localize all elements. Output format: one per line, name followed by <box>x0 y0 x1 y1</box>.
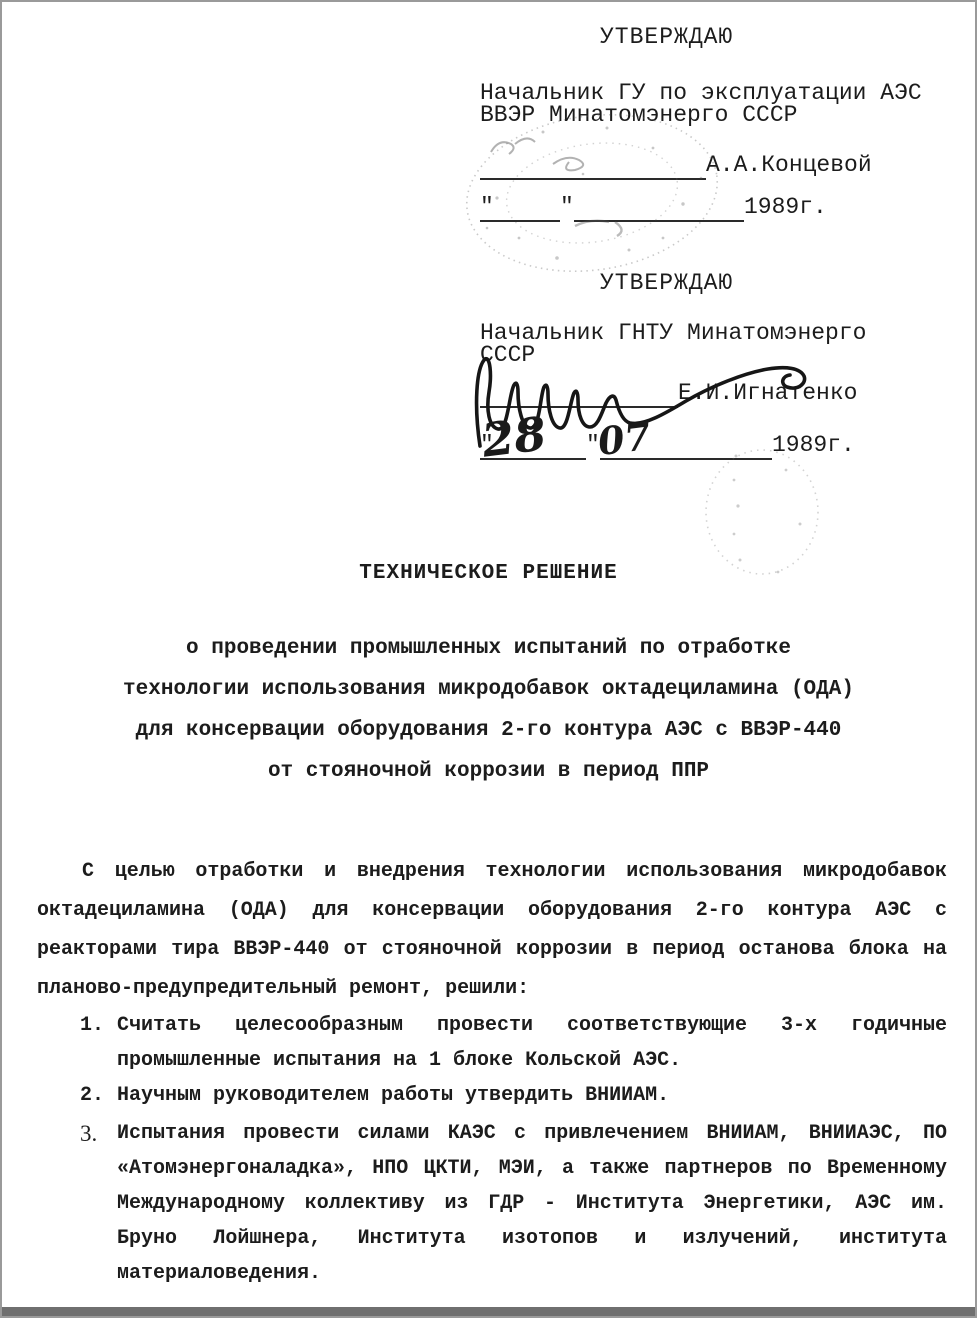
subtitle-line-3: для консервации оборудования 2-го контур… <box>2 710 975 751</box>
approval-1-year: 1989г. <box>744 194 827 222</box>
stamp-remnant-mark <box>690 440 840 590</box>
scanned-document-page: УТВЕРЖДАЮ Начальник ГУ по эксплуатации А… <box>0 0 977 1318</box>
document-subtitle: о проведении промышленных испытаний по о… <box>2 628 975 792</box>
item-number: 3. <box>80 1116 117 1291</box>
body-paragraph: С целью отработки и внедрения технологии… <box>37 852 947 1008</box>
decision-list: 1. Считать целесообразным провести соотв… <box>80 1008 947 1291</box>
approval-1-signer-name: А.А.Концевой <box>706 152 872 180</box>
subtitle-line-2: технологии использования микродобавок ок… <box>2 669 975 710</box>
list-item: 2. Научным руководителем работы утвердит… <box>80 1078 947 1113</box>
scan-edge-shadow <box>2 1307 975 1316</box>
round-stamp-mark <box>457 108 727 278</box>
item-text: Испытания провести силами КАЭС с привлеч… <box>117 1116 947 1291</box>
item-text: Считать целесообразным провести соответс… <box>117 1008 947 1078</box>
handwritten-month: 07 <box>596 417 653 461</box>
item-number: 2. <box>80 1078 117 1113</box>
list-item: 3. Испытания провести силами КАЭС с прив… <box>80 1116 947 1291</box>
faint-pen-scribble <box>491 138 583 170</box>
item-number: 1. <box>80 1008 117 1078</box>
subtitle-line-1: о проведении промышленных испытаний по о… <box>2 628 975 669</box>
subtitle-line-4: от стояночной коррозии в период ППР <box>2 751 975 792</box>
list-item: 1. Считать целесообразным провести соотв… <box>80 1008 947 1078</box>
handwritten-day: 28 <box>479 410 548 463</box>
approval-1-label: УТВЕРЖДАЮ <box>600 24 733 50</box>
stamp-speckles <box>486 127 703 260</box>
item-text: Научным руководителем работы утвердить В… <box>117 1078 947 1113</box>
